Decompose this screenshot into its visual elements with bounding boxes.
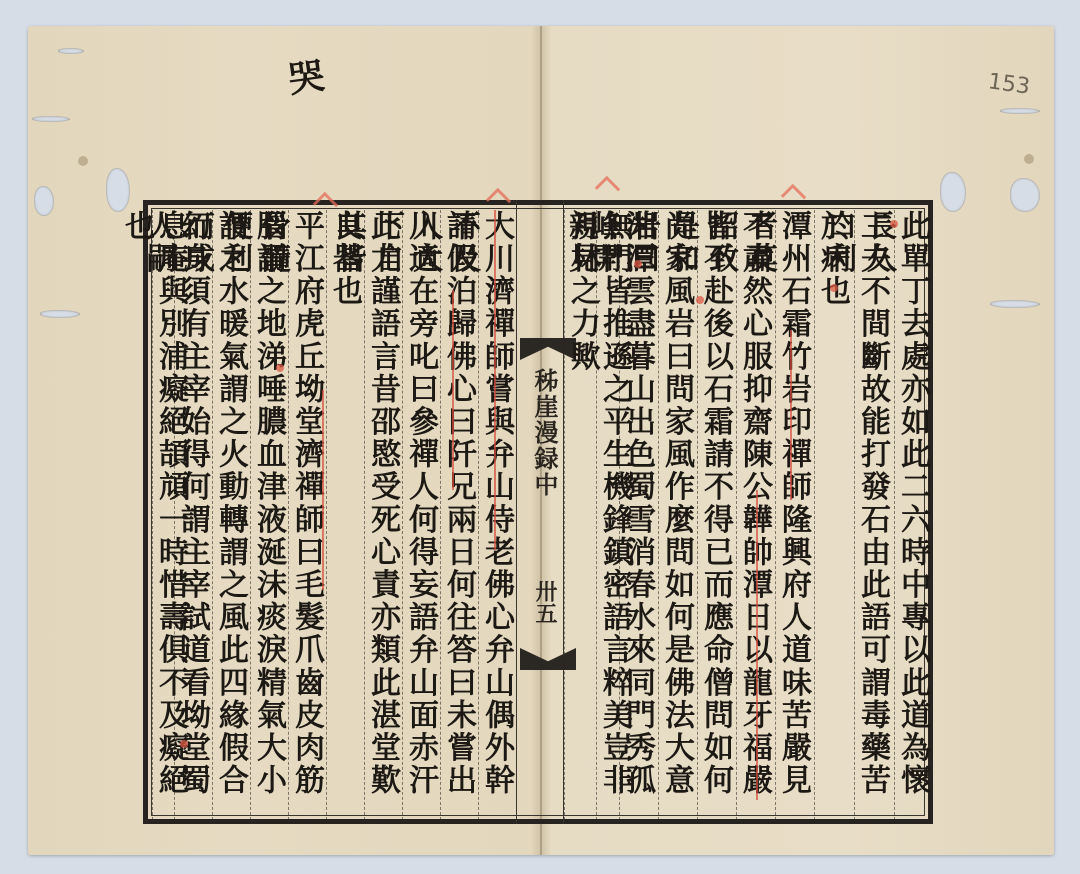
text-column: 請假泊歸佛心曰阡兄兩日何往答曰未嘗出入大	[440, 210, 475, 820]
text-column: 此尤謹語言昔邵愍受死心責亦類此湛堂歎其皆	[364, 210, 399, 820]
wormhole	[32, 116, 70, 122]
red-underline	[756, 490, 758, 800]
wormhole	[940, 172, 966, 212]
text-column: 潭州石霜竹岩印禪師隆興府人道味苦嚴見者莫	[775, 210, 810, 820]
text-column: 工夫不間斷故能打發石由此語可謂毒藥苦口利	[854, 210, 889, 820]
wormhole	[1010, 178, 1040, 212]
red-dot	[696, 296, 704, 304]
stain	[1024, 154, 1034, 164]
text-column: 良器也	[326, 210, 361, 820]
text-column: 尚家風岩曰問家風作麼問如何是佛法大意岩曰	[658, 210, 693, 820]
text-column: 腦謂之地涕唾膿血津液涎沫痰淚精氣大小便利	[250, 210, 285, 820]
red-dot	[890, 220, 898, 228]
red-underline	[322, 390, 324, 590]
text-column: 息庵與別浦癡絕頡頏一時惜壽俱不及癡絕也	[152, 210, 187, 820]
book-title: 秭崖漫録中	[527, 368, 562, 498]
red-underline	[494, 210, 496, 550]
page-number: 卅五	[530, 580, 561, 624]
red-dot	[830, 284, 838, 292]
handwritten-mark: 哭	[285, 48, 328, 104]
text-column: 無門皆推遜之平生機鋒鎮密語言粹美豈非親見	[596, 210, 631, 820]
red-underline	[790, 330, 792, 500]
stain	[78, 156, 88, 166]
red-dot	[276, 364, 284, 372]
text-column: 於病也	[814, 210, 849, 820]
red-dot	[634, 260, 642, 268]
wormhole	[58, 48, 84, 54]
wormhole	[990, 300, 1040, 308]
text-column: 謂之水暖氣謂之火動轉謂之風此四緣假合而成	[212, 210, 247, 820]
text-column: 此單丁去處亦如此二六時中專以此道為懷長久	[894, 210, 929, 820]
wormhole	[1000, 108, 1040, 114]
wormhole	[34, 186, 54, 216]
wormhole	[106, 168, 130, 212]
text-column: 川適在旁叱曰參禪人何得妄語弁山面赤汗下自	[402, 210, 437, 820]
red-dot	[180, 740, 188, 748]
centre-column	[516, 200, 564, 824]
wormhole	[40, 310, 80, 318]
text-column: 平江府虎丘坳堂濟禪師曰毛髮爪齒皮肉筋骨髓	[288, 210, 323, 820]
text-column: 不肅然心服抑齋陳公韡帥潭日以龍牙福嚴招致	[736, 210, 771, 820]
text-column: 月林之力歟	[564, 210, 599, 820]
red-underline	[452, 290, 454, 490]
